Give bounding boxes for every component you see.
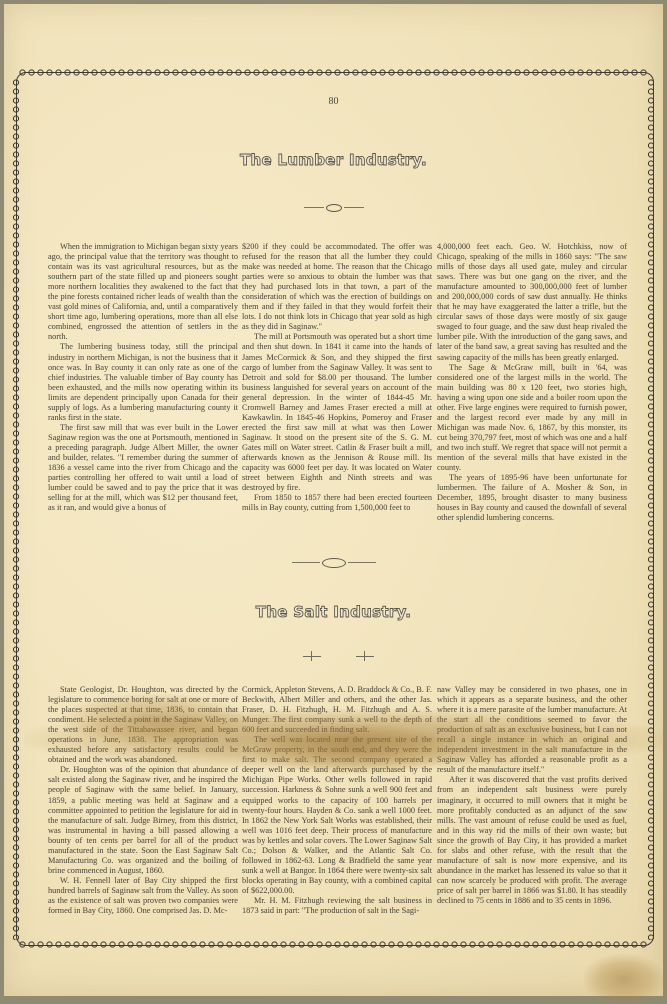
lumber-column-3: 4,000,000 feet each. Geo. W. Hotchkiss, …: [437, 242, 627, 523]
paragraph: The first saw mill that was ever built i…: [48, 423, 238, 513]
paragraph: The years of 1895-96 have been unfortuna…: [437, 473, 627, 523]
ornament-section-divider-icon: [4, 557, 663, 568]
paragraph: The Sage & McGraw mill, built in '64, wa…: [437, 363, 627, 474]
section-heading-lumber: The Lumber Industry.: [4, 151, 663, 169]
page-number: 80: [4, 96, 663, 107]
lumber-column-2: $200 if they could be accommodated. The …: [242, 242, 432, 513]
paragraph: From 1850 to 1857 there had been erected…: [242, 493, 432, 513]
paragraph: Cormick, Appleton Stevens, A. D. Braddoc…: [242, 685, 432, 735]
ornament-divider-icon: [4, 202, 663, 212]
salt-column-2: Cormick, Appleton Stevens, A. D. Braddoc…: [242, 685, 432, 916]
salt-column-3: naw Valley may be considered in two phas…: [437, 685, 627, 906]
paragraph: When the immigration to Michigan began s…: [48, 242, 238, 342]
water-stain: [584, 954, 664, 1000]
cross-ornament-icon: [303, 651, 321, 661]
lumber-column-1: When the immigration to Michigan began s…: [48, 242, 238, 513]
border-loops-bottom: [18, 939, 648, 949]
paragraph: After it was discovered that the vast pr…: [437, 775, 627, 906]
salt-column-1: State Geologist, Dr. Houghton, was direc…: [48, 685, 238, 916]
paragraph: $200 if they could be accommodated. The …: [242, 242, 432, 332]
paragraph: W. H. Fennell later of Bay City shipped …: [48, 876, 238, 916]
paragraph: The mill at Portsmouth was operated but …: [242, 332, 432, 493]
document-page: 80 The Lumber Industry. When the immigra…: [4, 4, 663, 996]
paragraph: State Geologist, Dr. Houghton, was direc…: [48, 685, 238, 765]
paragraph: The lumbering business today, still the …: [48, 342, 238, 422]
paragraph: Mr. H. M. Fitzhugh reviewing the salt bu…: [242, 896, 432, 916]
section-heading-salt: The Salt Industry.: [4, 603, 663, 621]
paragraph: The well was located near the present si…: [242, 735, 432, 896]
border-loops-top: [18, 67, 648, 77]
cross-ornament-icon: [356, 651, 374, 661]
paragraph: naw Valley may be considered in two phas…: [437, 685, 627, 775]
paragraph: 4,000,000 feet each. Geo. W. Hotchkiss, …: [437, 242, 627, 363]
paragraph: Dr. Houghton was of the opinion that abu…: [48, 765, 238, 876]
